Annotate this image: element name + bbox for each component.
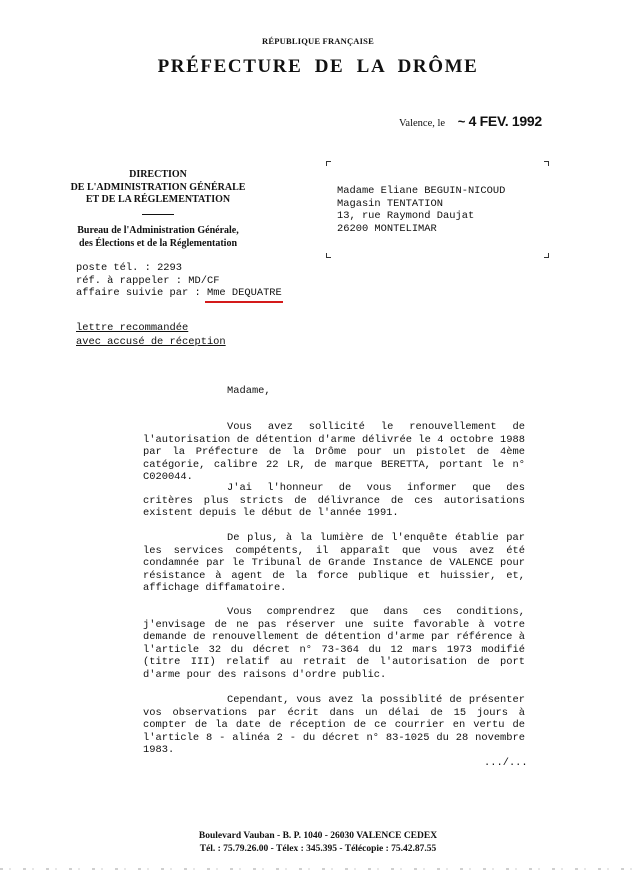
- stamp-year: 1992: [512, 113, 542, 129]
- paragraph-4: Vous comprendrez que dans ces conditions…: [143, 606, 525, 681]
- stamp-day: 4: [469, 113, 477, 129]
- ref-label: réf. à rappeler :: [76, 275, 188, 287]
- date-city-label: Valence, le: [399, 118, 445, 129]
- date-stamp: ~ 4 FEV. 1992: [458, 113, 542, 129]
- continuation-mark: .../...: [484, 757, 528, 769]
- ref-line: réf. à rappeler : MD/CF: [76, 275, 282, 288]
- recipient-line: 13, rue Raymond Daujat: [337, 210, 505, 223]
- bureau-line: Bureau de l'Administration Générale,: [52, 225, 264, 238]
- paragraph-3: De plus, à la lumière de l'enquête établ…: [143, 532, 525, 595]
- affaire-line: affaire suivie par : Mme DEQUATRE: [76, 287, 282, 300]
- stamp-month: FEV.: [480, 113, 509, 129]
- registered-mail-notice: lettre recommandée avec accusé de récept…: [76, 322, 226, 349]
- registered-line-1: lettre recommandée: [76, 322, 226, 336]
- direction-block: DIRECTION DE L'ADMINISTRATION GÉNÉRALE E…: [52, 169, 264, 223]
- divider: [142, 214, 174, 215]
- bureau-block: Bureau de l'Administration Générale, des…: [52, 225, 264, 250]
- scan-edge-artifact: [0, 868, 636, 870]
- direction-line: ET DE LA RÉGLEMENTATION: [52, 194, 264, 207]
- paragraph-1: Vous avez sollicité le renouvellement de…: [143, 421, 525, 484]
- recipient-address: Madame Eliane BEGUIN-NICOUDMagasin TENTA…: [337, 185, 505, 235]
- bureau-line: des Élections et de la Réglementation: [52, 238, 264, 251]
- poste-label: poste tél. :: [76, 262, 157, 274]
- address-window-corner-bottom-right: [544, 253, 549, 258]
- ref-value: MD/CF: [188, 275, 219, 287]
- recipient-line: Madame Eliane BEGUIN-NICOUD: [337, 185, 505, 198]
- prefecture-title: PRÉFECTURE DE LA DRÔME: [0, 56, 636, 78]
- direction-line: DE L'ADMINISTRATION GÉNÉRALE: [52, 182, 264, 195]
- affaire-label: affaire suivie par :: [76, 287, 207, 299]
- registered-line-2: avec accusé de réception: [76, 336, 226, 350]
- address-window-corner-top-left: [326, 161, 331, 166]
- recipient-line: 26200 MONTELIMAR: [337, 223, 505, 236]
- paragraph-2: J'ai l'honneur de vous informer que des …: [143, 482, 525, 520]
- stamp-mark: ~: [458, 114, 465, 129]
- recipient-line: Magasin TENTATION: [337, 198, 505, 211]
- footer-address: Boulevard Vauban - B. P. 1040 - 26030 VA…: [0, 830, 636, 843]
- republique-heading: RÉPUBLIQUE FRANÇAISE: [0, 36, 636, 46]
- paragraph-5: Cependant, vous avez la possiblité de pr…: [143, 694, 525, 757]
- poste-value: 2293: [157, 262, 182, 274]
- reference-block: poste tél. : 2293réf. à rappeler : MD/CF…: [76, 262, 282, 300]
- address-window-corner-top-right: [544, 161, 549, 166]
- salutation: Madame,: [227, 385, 271, 397]
- address-window-corner-bottom-left: [326, 253, 331, 258]
- affaire-value-highlighted: Mme DEQUATRE: [207, 287, 282, 300]
- direction-line: DIRECTION: [52, 169, 264, 182]
- footer: Boulevard Vauban - B. P. 1040 - 26030 VA…: [0, 830, 636, 855]
- footer-contacts: Tél. : 75.79.26.00 - Télex : 345.395 - T…: [0, 843, 636, 856]
- date-line: Valence, le ~ 4 FEV. 1992: [399, 113, 542, 129]
- poste-line: poste tél. : 2293: [76, 262, 282, 275]
